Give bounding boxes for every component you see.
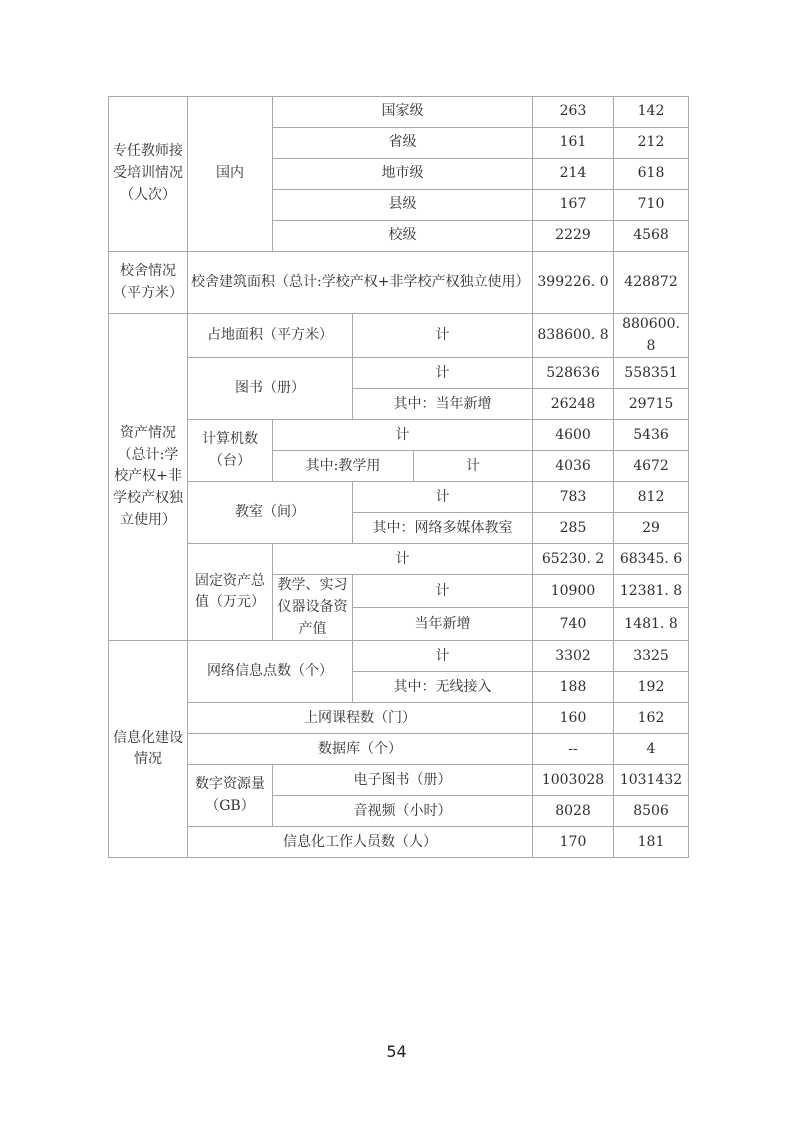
metric-label-cell: 计 (353, 358, 533, 389)
value-cell-col2: 68345. 6 (614, 544, 689, 575)
group-name-cell: 计算机数（台） (188, 420, 273, 482)
table-row: 专任教师接受培训情况（人次） 国内 国家级 263 142 (109, 97, 689, 128)
metric-label-cell: 信息化工作人员数（人） (188, 827, 533, 858)
metric-label-cell: 计 (353, 482, 533, 513)
value-cell-col2: 5436 (614, 420, 689, 451)
value-cell-col2: 29715 (614, 389, 689, 420)
metric-label-cell: 省级 (273, 128, 533, 159)
metric-label-cell: 上网课程数（门） (188, 703, 533, 734)
table-row: 校舍情况（平方米） 校舍建筑面积（总计:学校产权+非学校产权独立使用） 3992… (109, 252, 689, 314)
table-row: 资产情况（总计:学校产权+非学校产权独立使用） 占地面积（平方米） 计 8386… (109, 314, 689, 358)
group-name-cell: 数字资源量（GB） (188, 765, 273, 827)
value-cell-col2: 3325 (614, 641, 689, 672)
value-cell-col1: 214 (533, 159, 614, 190)
value-cell-col1: 167 (533, 190, 614, 221)
value-cell-col1: 4600 (533, 420, 614, 451)
table-row: 数据库（个） -- 4 (109, 734, 689, 765)
value-cell-col2: 4568 (614, 221, 689, 252)
group-name-cell: 国内 (188, 97, 273, 252)
value-cell-col2: 4672 (614, 451, 689, 482)
table-row: 上网课程数（门） 160 162 (109, 703, 689, 734)
value-cell-col2: 428872 (614, 252, 689, 314)
metric-label-cell: 国家级 (273, 97, 533, 128)
metric-label-cell: 计 (414, 451, 533, 482)
metric-label-cell: 音视频（小时） (273, 796, 533, 827)
value-cell-col2: 558351 (614, 358, 689, 389)
value-cell-col1: 65230. 2 (533, 544, 614, 575)
value-cell-col1: 170 (533, 827, 614, 858)
table-row: 信息化工作人员数（人） 170 181 (109, 827, 689, 858)
value-cell-col1: 10900 (533, 575, 614, 608)
value-cell-col1: 188 (533, 672, 614, 703)
value-cell-col1: 3302 (533, 641, 614, 672)
metric-label-cell: 计 (353, 641, 533, 672)
table-row: 固定资产总值（万元） 计 65230. 2 68345. 6 (109, 544, 689, 575)
value-cell-col2: 812 (614, 482, 689, 513)
section-title-cell: 信息化建设情况 (109, 641, 188, 858)
table-row: 图书（册） 计 528636 558351 (109, 358, 689, 389)
value-cell-col2: 29 (614, 513, 689, 544)
value-cell-col2: 710 (614, 190, 689, 221)
value-cell-col2: 880600. 8 (614, 314, 689, 358)
value-cell-col2: 181 (614, 827, 689, 858)
metric-label-cell: 县级 (273, 190, 533, 221)
group-name-cell: 占地面积（平方米） (188, 314, 353, 358)
subgroup-name-cell: 其中:教学用 (273, 451, 414, 482)
section-title-cell: 资产情况（总计:学校产权+非学校产权独立使用） (109, 314, 188, 641)
value-cell-col1: 1003028 (533, 765, 614, 796)
table-row: 教室（间） 计 783 812 (109, 482, 689, 513)
value-cell-col1: 838600. 8 (533, 314, 614, 358)
metric-label-cell: 计 (353, 314, 533, 358)
table-row: 信息化建设情况 网络信息点数（个） 计 3302 3325 (109, 641, 689, 672)
value-cell-col1: 528636 (533, 358, 614, 389)
metric-label-cell: 校级 (273, 221, 533, 252)
metric-label-cell: 数据库（个） (188, 734, 533, 765)
value-cell-col1: 8028 (533, 796, 614, 827)
value-cell-col2: 12381. 8 (614, 575, 689, 608)
metric-label-cell: 计 (273, 420, 533, 451)
section-title-cell: 专任教师接受培训情况（人次） (109, 97, 188, 252)
value-cell-col1: 26248 (533, 389, 614, 420)
value-cell-col1: -- (533, 734, 614, 765)
value-cell-col1: 783 (533, 482, 614, 513)
value-cell-col2: 1031432 (614, 765, 689, 796)
value-cell-col2: 618 (614, 159, 689, 190)
group-name-cell: 图书（册） (188, 358, 353, 420)
group-name-cell: 固定资产总值（万元） (188, 544, 273, 641)
group-name-cell: 教室（间） (188, 482, 353, 544)
metric-label-cell: 地市级 (273, 159, 533, 190)
value-cell-col2: 162 (614, 703, 689, 734)
metric-label-cell: 其中：网络多媒体教室 (353, 513, 533, 544)
metric-label-cell: 其中：无线接入 (353, 672, 533, 703)
table-row: 数字资源量（GB） 电子图书（册） 1003028 1031432 (109, 765, 689, 796)
value-cell-col1: 160 (533, 703, 614, 734)
value-cell-col1: 740 (533, 608, 614, 641)
value-cell-col1: 285 (533, 513, 614, 544)
metric-label-cell: 其中：当年新增 (353, 389, 533, 420)
table-row: 计算机数（台） 计 4600 5436 (109, 420, 689, 451)
page-number: 54 (0, 1042, 793, 1061)
section-title-cell: 校舍情况（平方米） (109, 252, 188, 314)
metric-label-cell: 计 (353, 575, 533, 608)
value-cell-col2: 8506 (614, 796, 689, 827)
value-cell-col2: 1481. 8 (614, 608, 689, 641)
value-cell-col2: 4 (614, 734, 689, 765)
document-page: 专任教师接受培训情况（人次） 国内 国家级 263 142 省级 161 212… (0, 0, 793, 1122)
metric-label-cell: 校舍建筑面积（总计:学校产权+非学校产权独立使用） (188, 252, 533, 314)
statistics-table: 专任教师接受培训情况（人次） 国内 国家级 263 142 省级 161 212… (108, 96, 689, 858)
value-cell-col1: 2229 (533, 221, 614, 252)
value-cell-col1: 263 (533, 97, 614, 128)
metric-label-cell: 计 (273, 544, 533, 575)
value-cell-col2: 212 (614, 128, 689, 159)
value-cell-col2: 142 (614, 97, 689, 128)
value-cell-col2: 192 (614, 672, 689, 703)
group-name-cell: 网络信息点数（个） (188, 641, 353, 703)
subgroup-name-cell: 教学、实习仪器设备资产值 (273, 575, 353, 641)
value-cell-col1: 161 (533, 128, 614, 159)
value-cell-col1: 399226. 0 (533, 252, 614, 314)
value-cell-col1: 4036 (533, 451, 614, 482)
metric-label-cell: 当年新增 (353, 608, 533, 641)
metric-label-cell: 电子图书（册） (273, 765, 533, 796)
